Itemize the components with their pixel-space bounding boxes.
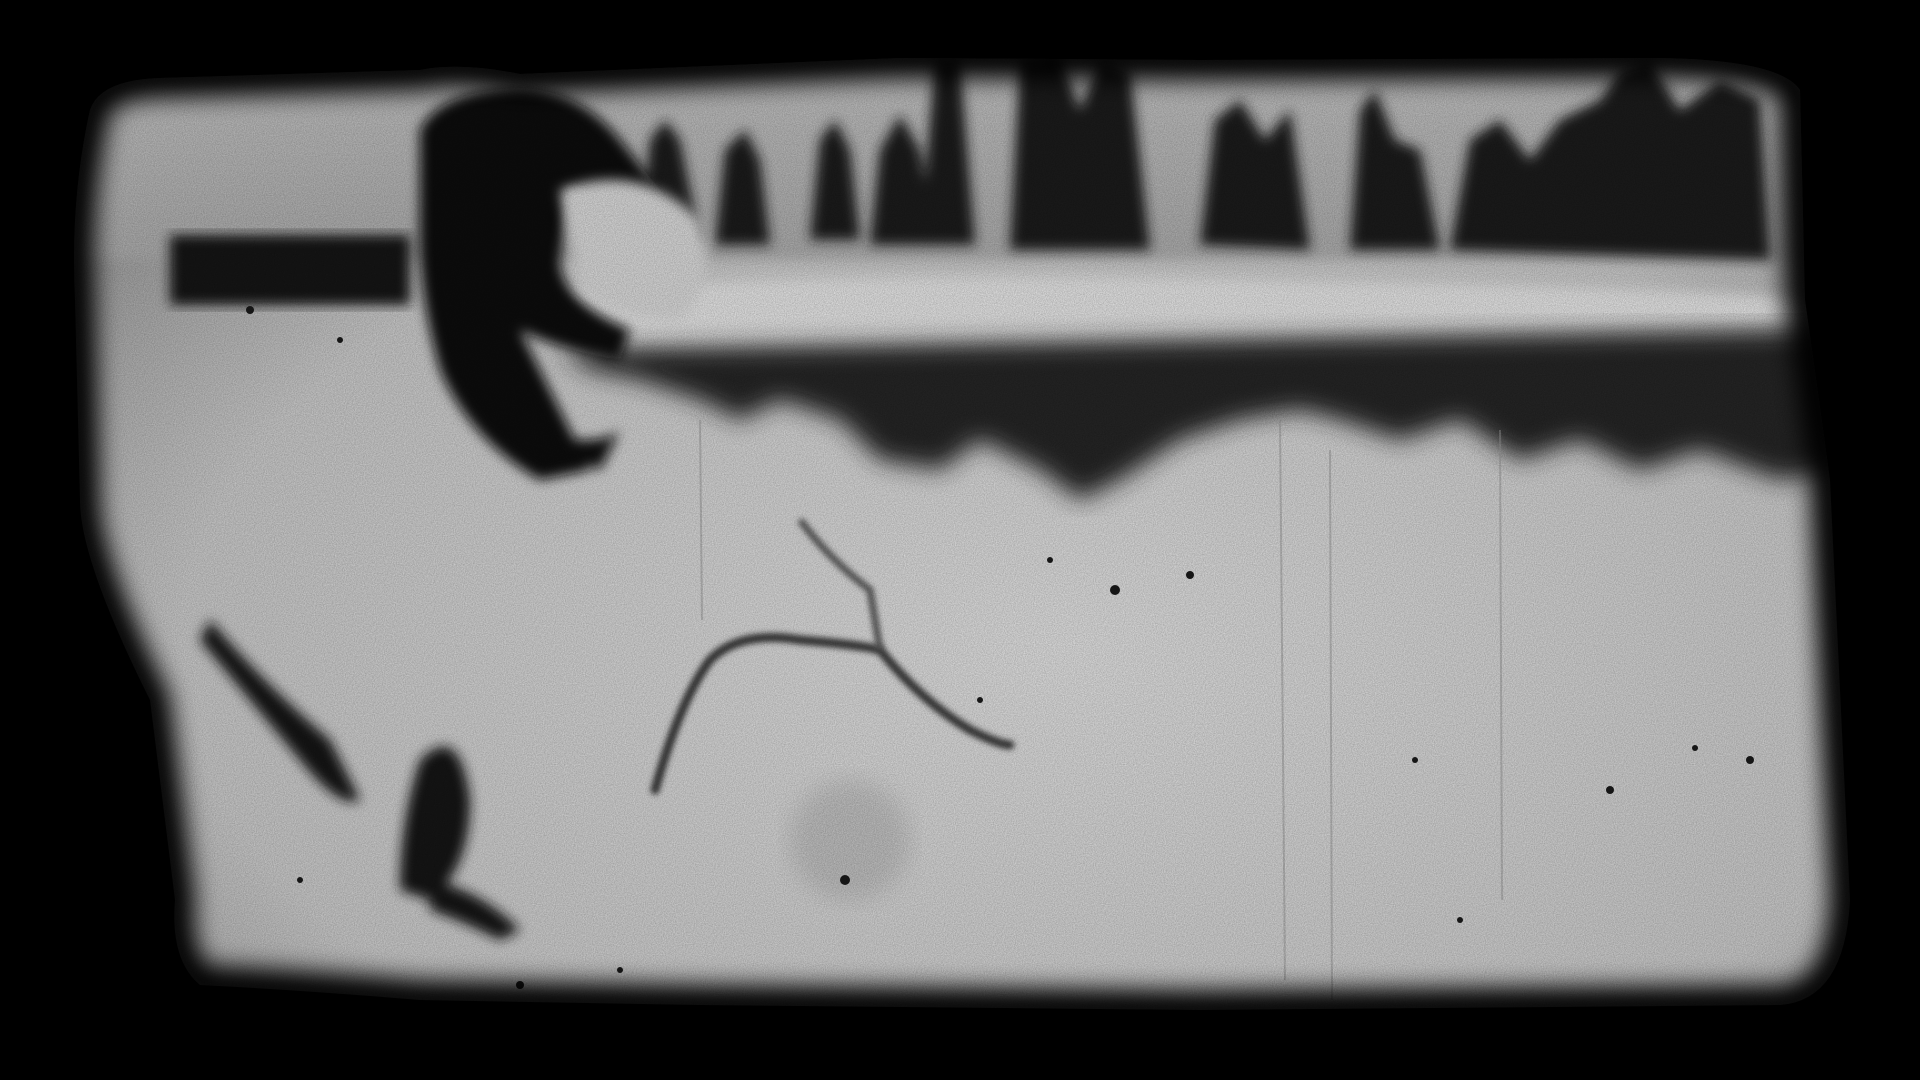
scene-content bbox=[0, 0, 1920, 1080]
film-scene bbox=[0, 0, 1920, 1080]
film-frame bbox=[0, 0, 1920, 1080]
